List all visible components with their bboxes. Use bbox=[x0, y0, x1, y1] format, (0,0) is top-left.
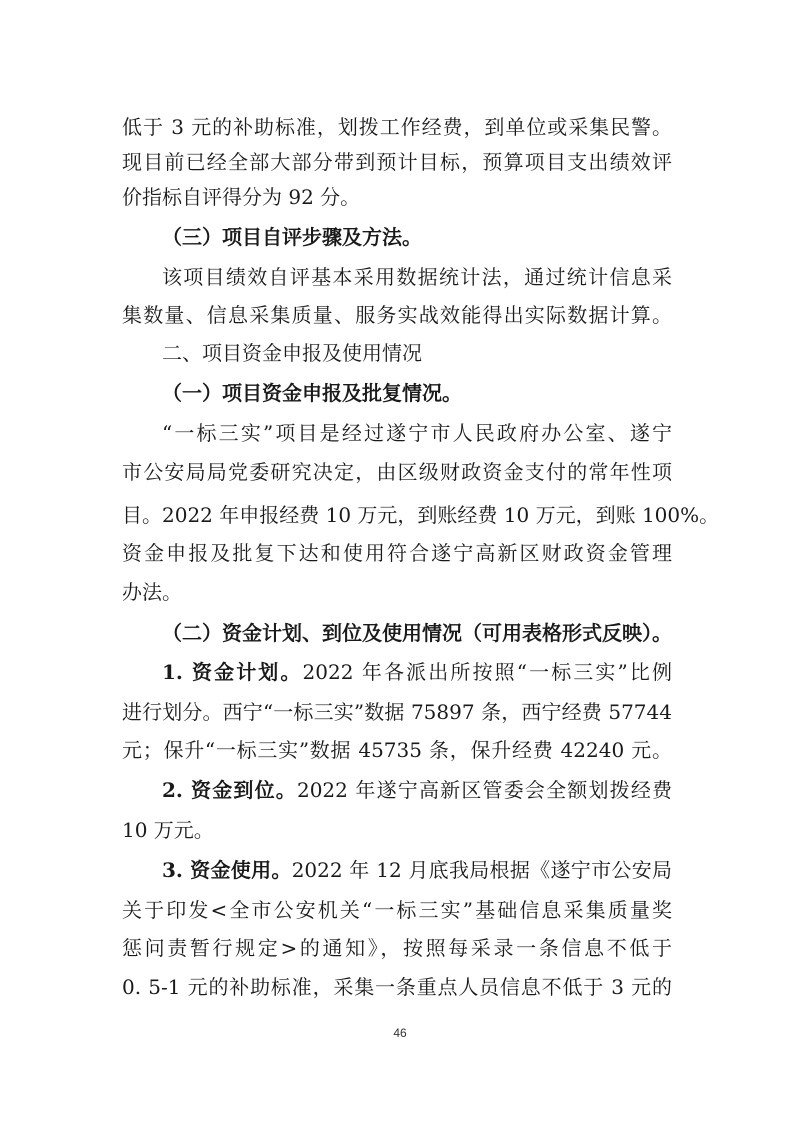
item-text: 2022 年各派出所按照“一标三实”比例 bbox=[303, 660, 672, 684]
item-lead: 2. 资金到位。 bbox=[162, 778, 297, 802]
section-heading: 二、项目资金申报及使用情况 bbox=[162, 338, 422, 368]
numbered-item-line: 2. 资金到位。2022 年遂宁高新区管委会全额划拨经费 bbox=[162, 775, 672, 805]
section-subheading: （一）项目资金申报及批复情况。 bbox=[162, 378, 462, 408]
paragraph-first-line: 该项目绩效自评基本采用数据统计法，通过统计信息采 bbox=[162, 262, 672, 292]
item-lead: 3. 资金使用。 bbox=[162, 858, 292, 882]
paragraph-line: 办法。 bbox=[122, 577, 672, 607]
paragraph-line: 资金申报及批复下达和使用符合遂宁高新区财政资金管理 bbox=[122, 538, 672, 568]
paragraph-line: 元；保升“一标三实”数据 45735 条，保升经费 42240 元。 bbox=[122, 735, 672, 765]
numbered-item-line: 1. 资金计划。2022 年各派出所按照“一标三实”比例 bbox=[162, 657, 672, 687]
paragraph-line: 10 万元。 bbox=[122, 815, 672, 845]
paragraph-line: 集数量、信息采集质量、服务实战效能得出实际数据计算。 bbox=[122, 300, 672, 330]
paragraph-line: 价指标自评得分为 92 分。 bbox=[122, 182, 672, 212]
paragraph-line: 0. 5-1 元的补助标准，采集一条重点人员信息不低于 3 元的 bbox=[122, 972, 672, 1002]
paragraph-first-line: “一标三实”项目是经过遂宁市人民政府办公室、遂宁 bbox=[162, 418, 672, 448]
document-page: 低于 3 元的补助标准，划拨工作经费，到单位或采集民警。现目前已经全部大部分带到… bbox=[0, 0, 793, 1122]
item-lead: 1. 资金计划。 bbox=[162, 660, 303, 684]
paragraph-line: 低于 3 元的补助标准，划拨工作经费，到单位或采集民警。 bbox=[122, 112, 672, 142]
numbered-item-line: 3. 资金使用。2022 年 12 月底我局根据《遂宁市公安局 bbox=[162, 855, 672, 885]
page-number: 46 bbox=[380, 1026, 420, 1040]
section-subheading: （三）项目自评步骤及方法。 bbox=[162, 222, 422, 252]
paragraph-line: 现目前已经全部大部分带到预计目标，预算项目支出绩效评 bbox=[122, 147, 672, 177]
item-text: 2022 年 12 月底我局根据《遂宁市公安局 bbox=[292, 858, 672, 882]
paragraph-line: 市公安局局党委研究决定，由区级财政资金支付的常年性项 bbox=[122, 457, 672, 487]
item-text: 2022 年遂宁高新区管委会全额划拨经费 bbox=[297, 778, 672, 802]
paragraph-line: 进行划分。西宁“一标三实”数据 75897 条，西宁经费 57744 bbox=[122, 697, 672, 727]
paragraph-line: 惩问责暂行规定>的通知》，按照每采录一条信息不低于 bbox=[122, 933, 672, 963]
section-subheading: （二）资金计划、到位及使用情况（可用表格形式反映）。 bbox=[162, 618, 672, 648]
paragraph-line: 关于印发<全市公安机关“一标三实”基础信息采集质量奖 bbox=[122, 895, 672, 925]
paragraph-line: 目。2022 年申报经费 10 万元，到账经费 10 万元，到账 100%。 bbox=[122, 500, 672, 530]
